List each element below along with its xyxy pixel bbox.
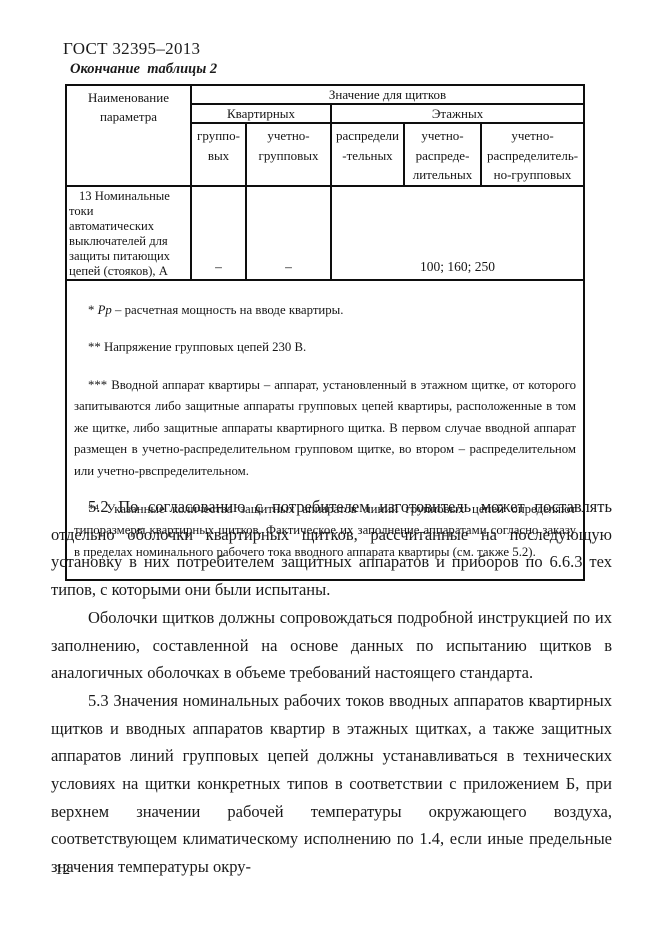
footnote-1-text: – расчетная мощность на вводе квартиры.: [115, 303, 343, 317]
paragraph-5-3: 5.3 Значения номинальных рабочих токов в…: [51, 687, 612, 881]
footnote-3-marker: ***: [88, 378, 107, 392]
table-header-row-1: Наименование параметра Значение для щитк…: [66, 85, 584, 104]
col-header-flat-panels: Квартирных: [191, 104, 331, 123]
col-header-distribution: распредели -тельных: [331, 123, 404, 186]
footnote-3-text: Вводной аппарат квартиры – аппарат, уста…: [74, 378, 576, 478]
footnote-2: ** Напряжение групповых цепей 230 В.: [74, 337, 576, 359]
cell-group-value: –: [191, 186, 246, 280]
document-page: ГОСТ 32395–2013 Окончание таблицы 2 Наим…: [0, 0, 661, 935]
body-text-section: 5.2 По согласованию с потребителем изгот…: [51, 493, 612, 881]
col-header-metering-group: учетно- групповых: [246, 123, 331, 186]
footnote-3: *** Вводной аппарат квартиры – аппарат, …: [74, 375, 576, 483]
col-header-group: группо- вых: [191, 123, 246, 186]
footnote-1: * Рр – расчетная мощность на вводе кварт…: [74, 300, 576, 322]
footnote-2-text: Напряжение групповых цепей 230 В.: [104, 340, 306, 354]
standard-code: ГОСТ 32395–2013: [63, 39, 200, 59]
footnote-2-marker: **: [88, 340, 101, 354]
paragraph-enclosures: Оболочки щитков должны сопровождаться по…: [51, 604, 612, 687]
footnote-1-symbol: Рр: [98, 303, 112, 317]
paragraph-5-2: 5.2 По согласованию с потребителем изгот…: [51, 493, 612, 604]
footnote-1-marker: *: [88, 303, 94, 317]
col-header-metering-distribution-group: учетно- распределитель- но-групповых: [481, 123, 584, 186]
cell-parameter-13: 13 Номинальные токи автоматических выклю…: [66, 186, 191, 280]
table-caption: Окончание таблицы 2: [70, 61, 217, 78]
col-header-value-for-panels: Значение для щитков: [191, 85, 584, 104]
col-header-floor-panels: Этажных: [331, 104, 584, 123]
page-number: 12: [55, 862, 70, 879]
col-header-parameter-name: Наименование параметра: [66, 85, 191, 186]
table-data-row-13: 13 Номинальные токи автоматических выклю…: [66, 186, 584, 280]
col-header-metering-distribution: учетно- распреде- лительных: [404, 123, 481, 186]
cell-metering-group-value: –: [246, 186, 331, 280]
cell-floor-panels-value: 100; 160; 250: [331, 186, 584, 280]
